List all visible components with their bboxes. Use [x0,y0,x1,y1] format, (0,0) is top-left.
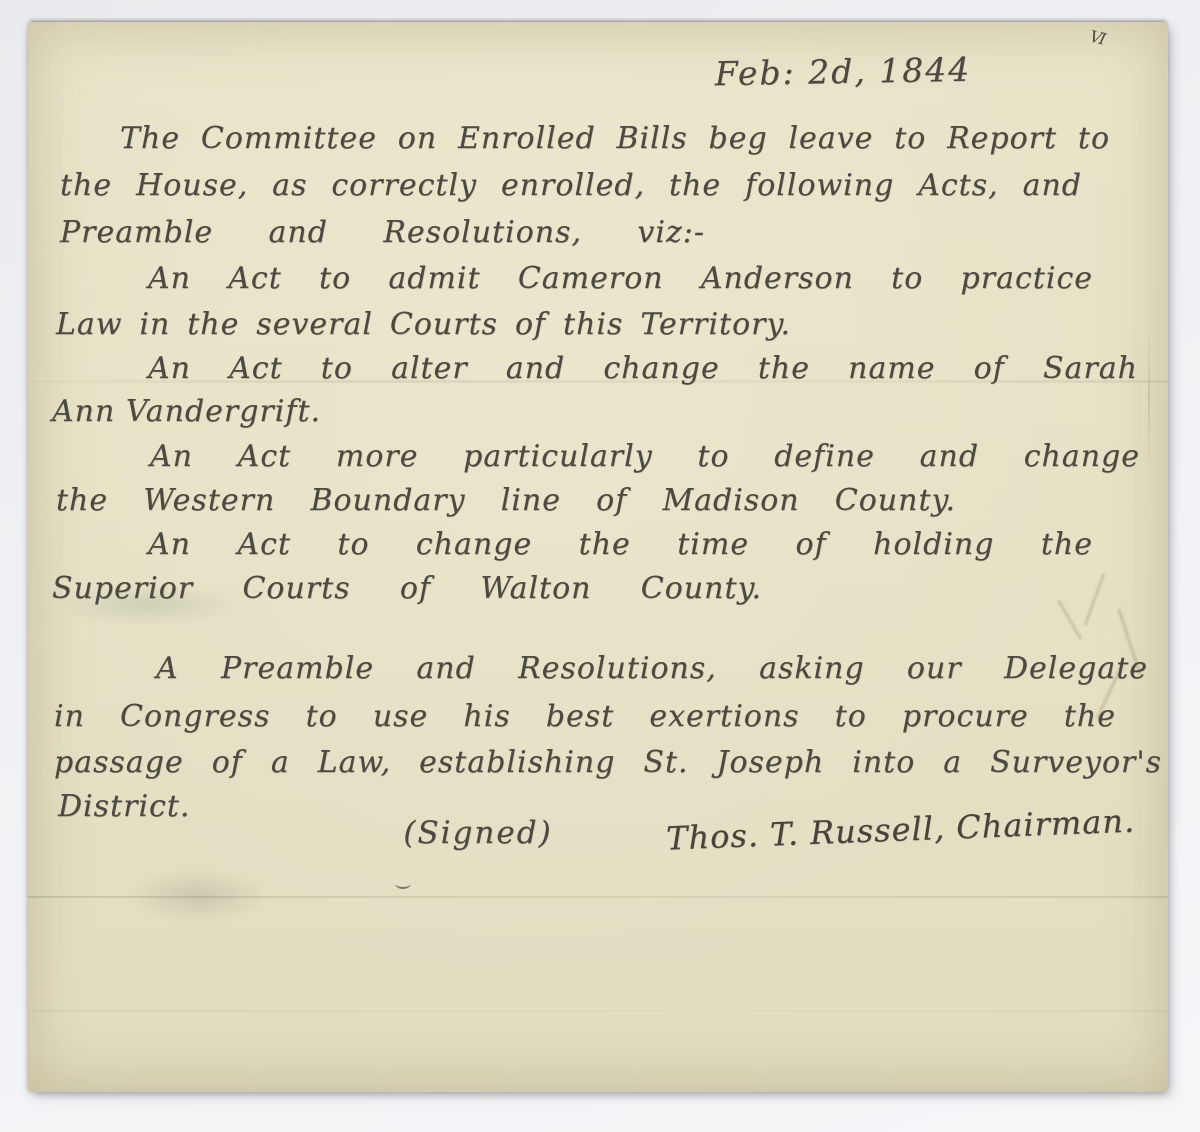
doc-line: An Act to alter and change the name of S… [148,352,1138,387]
doc-line: An Act to admit Cameron Anderson to prac… [148,262,1093,297]
doc-line: the House, as correctly enrolled, the fo… [60,169,1082,204]
horizontal-fold-crease [28,896,1168,898]
date-line: Feb: 2d, 1844 [678,49,1009,94]
horizontal-fold-crease [28,1010,1168,1012]
doc-line: The Committee on Enrolled Bills beg leav… [120,122,1110,157]
doc-line: A Preamble and Resolutions, asking our D… [156,652,1148,687]
doc-line: An Act more particularly to define and c… [150,440,1140,475]
doc-line: Preamble and Resolutions, viz:- [60,216,705,251]
signed-label: (Signed) [368,815,588,851]
doc-line: Superior Courts of Walton County. [52,572,762,607]
vertical-fold-crease [1148,322,1150,472]
corner-ink-notation: VI [1088,27,1106,49]
graphite-smudge [128,870,268,922]
doc-line: Law in the several Courts of this Territ… [56,308,791,343]
doc-line: An Act to change the time of holding the [148,528,1093,563]
ink-tick-mark [395,878,411,889]
doc-line: the Western Boundary line of Madison Cou… [56,484,956,519]
scan-background: VI Feb: 2d, 1844 The Committee on Enroll… [0,0,1200,1132]
doc-line: passage of a Law, establishing St. Josep… [54,746,1162,781]
manuscript-paper: VI Feb: 2d, 1844 The Committee on Enroll… [28,22,1168,1092]
chairman-signature: Thos. T. Russell, Chairman. [665,800,1166,857]
doc-line: Ann Vandergrift. [52,395,452,430]
doc-line: in Congress to use his best exertions to… [54,700,1116,735]
doc-line: District. [58,790,298,825]
